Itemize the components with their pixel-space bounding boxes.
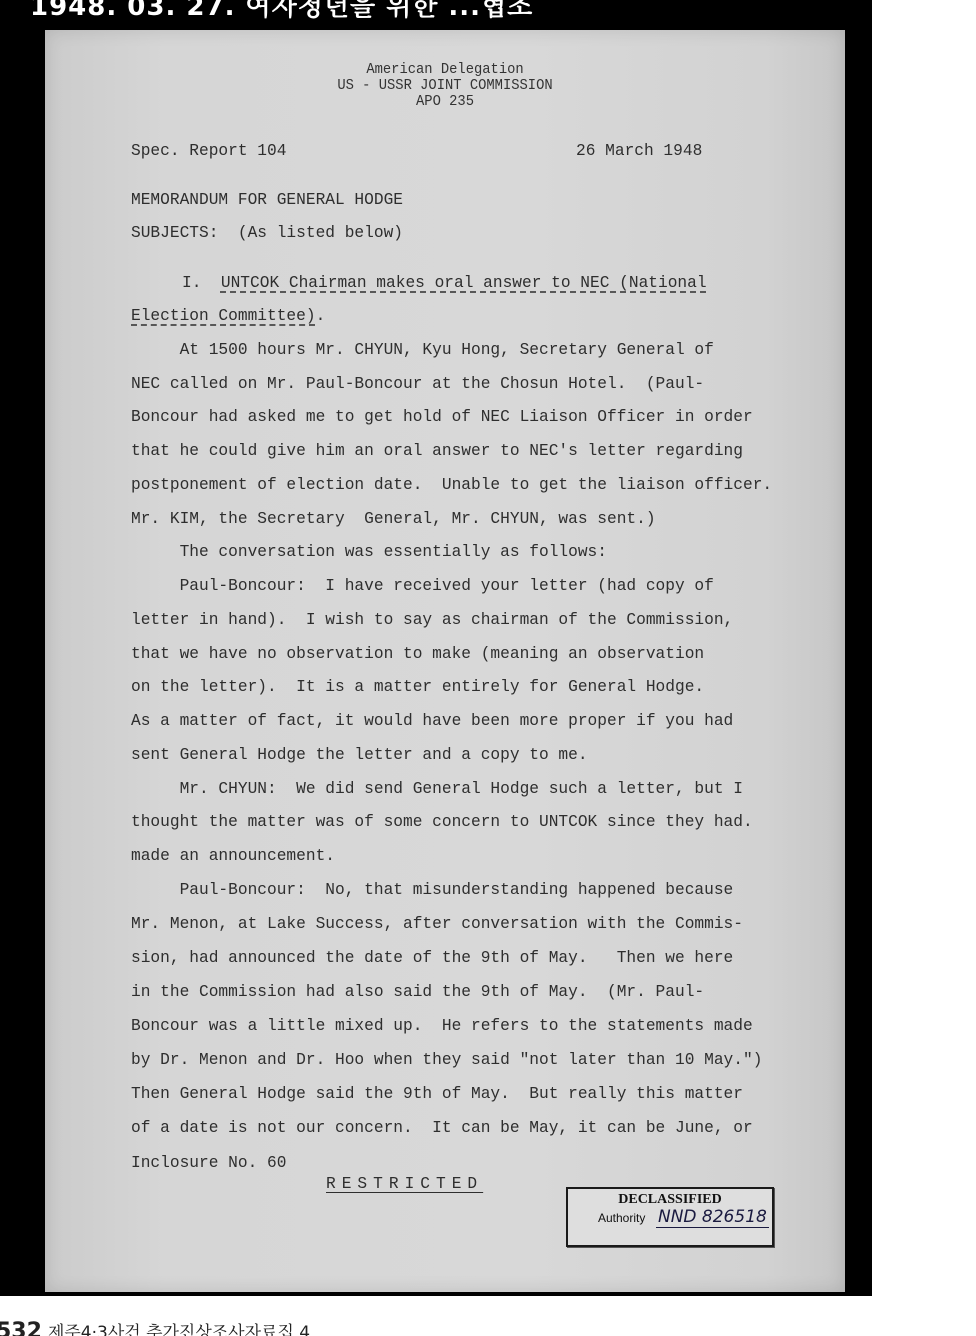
stamp-authority-label: Authority: [598, 1211, 645, 1225]
letterhead-line: US - USSR JOINT COMMISSION: [77, 78, 813, 94]
section-heading: I. UNTCOK Chairman makes oral answer to …: [182, 274, 707, 292]
body-line: on the letter). It is a matter entirely …: [131, 678, 704, 696]
body-line: Then General Hodge said the 9th of May. …: [131, 1085, 743, 1103]
declassified-stamp: DECLASSIFIED Authority NND 826518: [566, 1187, 774, 1247]
stamp-title: DECLASSIFIED: [568, 1192, 772, 1208]
body-line: Mr. Menon, at Lake Success, after conver…: [131, 915, 743, 933]
body-line: Paul-Boncour: No, that misunderstanding …: [131, 881, 733, 899]
body-line: As a matter of fact, it would have been …: [131, 712, 733, 730]
classification-marking: RESTRICTED: [326, 1175, 483, 1193]
section-number: I.: [182, 274, 201, 292]
body-line: made an announcement.: [131, 847, 335, 865]
page-footer: 532제주4·3사건 추가진상조사자료집 4: [0, 1318, 310, 1336]
report-id: Spec. Report 104: [131, 142, 286, 160]
body-line: of a date is not our concern. It can be …: [131, 1119, 753, 1137]
scan-frame: 1948. 03. 27. 여자청년을 위한 ...협조 American De…: [0, 0, 872, 1296]
book-section-header: 1948. 03. 27. 여자청년을 위한 ...협조: [30, 0, 533, 23]
memorandum-page: American Delegation US - USSR JOINT COMM…: [45, 30, 845, 1292]
body-line: that we have no observation to make (mea…: [131, 645, 704, 663]
body-line: sent General Hodge the letter and a copy…: [131, 746, 588, 764]
body-line: Mr. KIM, the Secretary General, Mr. CHYU…: [131, 510, 656, 528]
letterhead-line: APO 235: [77, 94, 813, 110]
page-number: 532: [0, 1319, 42, 1336]
letterhead-line: American Delegation: [77, 62, 813, 78]
body-line: Paul-Boncour: I have received your lette…: [131, 577, 714, 595]
section-title-period: .: [316, 307, 326, 325]
document-date: 26 March 1948: [576, 142, 702, 160]
body-line: The conversation was essentially as foll…: [131, 543, 607, 561]
inclosure-number: Inclosure No. 60: [131, 1154, 286, 1172]
section-heading-cont: Election Committee).: [131, 307, 325, 325]
body-line: sion, had announced the date of the 9th …: [131, 949, 733, 967]
body-line: NEC called on Mr. Paul-Boncour at the Ch…: [131, 375, 704, 393]
book-title: 제주4·3사건 추가진상조사자료집 4: [48, 1323, 310, 1336]
body-line: letter in hand). I wish to say as chairm…: [131, 611, 733, 629]
body-line: At 1500 hours Mr. CHYUN, Kyu Hong, Secre…: [131, 341, 714, 359]
subjects-line: SUBJECTS: (As listed below): [131, 224, 403, 242]
body-line: thought the matter was of some concern t…: [131, 813, 753, 831]
body-line: Boncour was a little mixed up. He refers…: [131, 1017, 753, 1035]
body-line: that he could give him an oral answer to…: [131, 442, 743, 460]
body-line: in the Commission had also said the 9th …: [131, 983, 704, 1001]
body-line: Mr. CHYUN: We did send General Hodge suc…: [131, 780, 743, 798]
section-title-line1: UNTCOK Chairman makes oral answer to NEC…: [221, 274, 707, 292]
section-title-line2: Election Committee): [131, 307, 316, 325]
stamp-authority-number: NND 826518: [656, 1207, 769, 1228]
body-line: Boncour had asked me to get hold of NEC …: [131, 408, 753, 426]
body-line: postponement of election date. Unable to…: [131, 476, 772, 494]
body-line: by Dr. Menon and Dr. Hoo when they said …: [131, 1051, 762, 1069]
memo-recipient: MEMORANDUM FOR GENERAL HODGE: [131, 191, 403, 209]
letterhead: American Delegation US - USSR JOINT COMM…: [45, 62, 845, 110]
